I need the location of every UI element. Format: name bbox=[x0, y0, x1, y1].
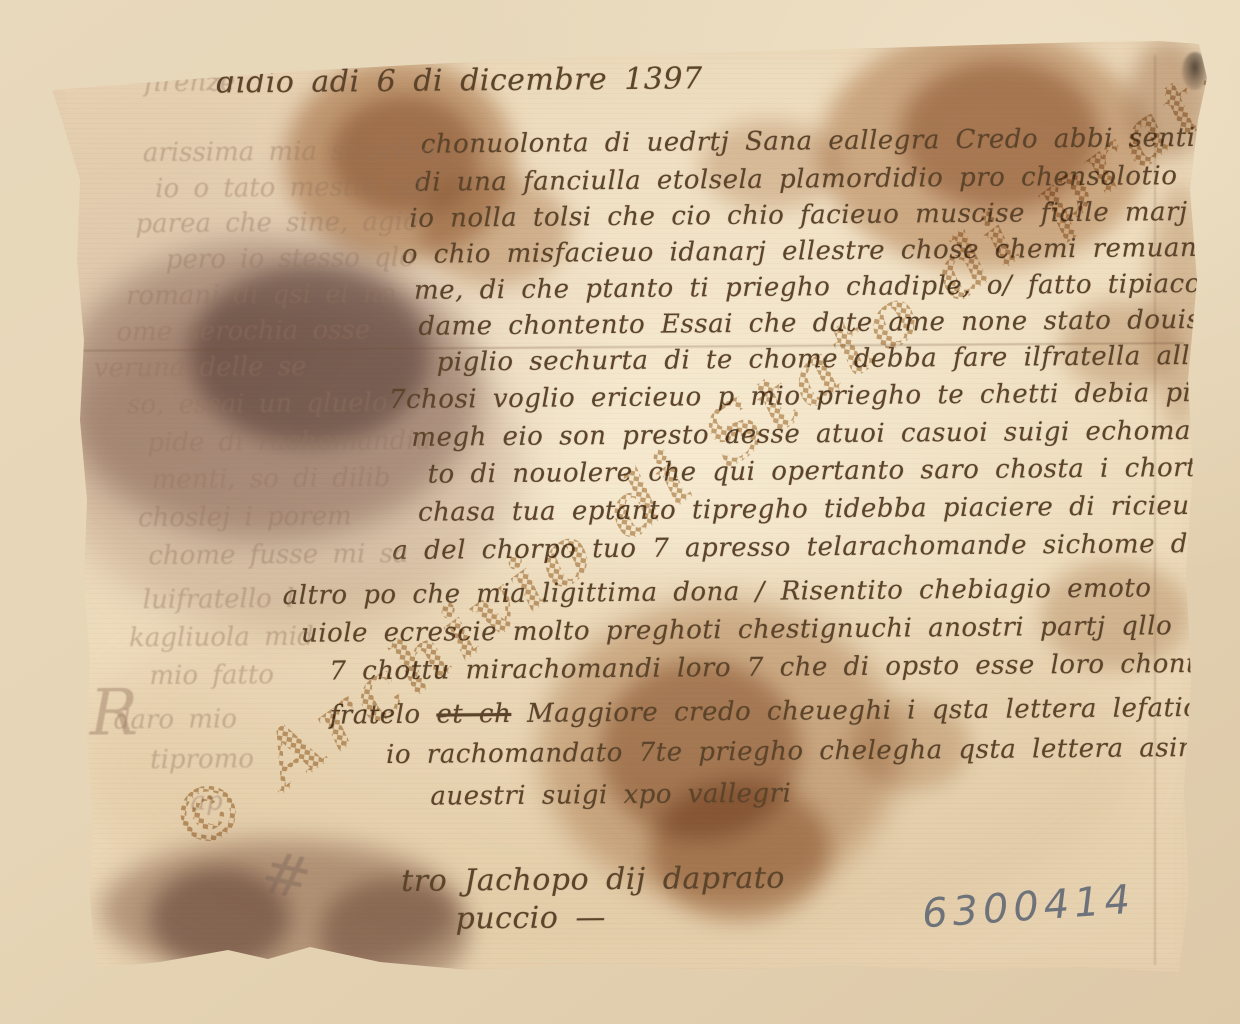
bleedthrough-text: arissima mia sirochiaio o tato mestie ad… bbox=[0, 0, 1236, 5]
bleedthrough-line: ome serochia osse bbox=[116, 315, 370, 347]
bleedthrough-line: veruna delle se bbox=[94, 352, 307, 384]
manuscript-line: o chio misfacieuo idanarj ellestre chose… bbox=[402, 232, 1240, 270]
manuscript-line: auestri suigi xpo vallegri bbox=[430, 779, 791, 812]
signature-line: tro Jachopo dij daprato bbox=[401, 861, 785, 899]
manuscript-line: me, di che ptanto ti priegho chadiple, o… bbox=[414, 269, 1225, 306]
bleedthrough-line: pide di rachomandiu bbox=[147, 426, 431, 458]
bleedthrough-line: romanj di qsi el no bbox=[126, 279, 396, 311]
bleedthrough-line: pero io stesso qlo bbox=[166, 243, 415, 275]
bleedthrough-line: kagliuola mid bbox=[129, 622, 314, 654]
struck-word: et ch bbox=[436, 699, 511, 730]
bleedthrough-line: choslej i porem bbox=[138, 501, 352, 533]
manuscript-line: megh eio son presto aesse atuoi casuoi s… bbox=[411, 416, 1240, 453]
bleedthrough-line: parea che sine, agio bbox=[135, 207, 418, 239]
manuscript-line: io rachomandato 7te priegho chelegha qst… bbox=[386, 732, 1240, 770]
signature-block: tro Jachopo dij dapratopuccio — bbox=[0, 0, 1236, 5]
bleedthrough-line: so, essai un qluelo bbox=[127, 388, 388, 420]
letter-body: chonuolonta di uedrtj Sana eallegra Cred… bbox=[0, 0, 1236, 5]
manuscript-line: fratelo et ch Maggiore credo cheueghi i … bbox=[330, 692, 1240, 731]
bleedthrough-line: io o tato mestie ad bbox=[155, 172, 424, 204]
bleedthrough-line: chome fusse mi sa bbox=[148, 539, 408, 571]
bleedthrough-line: mio fatto bbox=[149, 660, 274, 691]
signature-line: puccio — bbox=[455, 900, 606, 936]
date-line: didio adi 6 di dicembre 1397 bbox=[216, 61, 703, 100]
bleedthrough-line: luifratello l bbox=[143, 584, 295, 615]
manuscript-paper: firenze didio adi 6 di dicembre 1397 cho… bbox=[0, 0, 1240, 1024]
bleedthrough-line: R bbox=[89, 676, 138, 750]
manuscript-line: to di nouolere che qui opertanto saro ch… bbox=[428, 452, 1240, 490]
bleedthrough-line: menti, so di dilib bbox=[152, 463, 391, 495]
bleedthrough-line: arissima mia sirochia bbox=[143, 136, 437, 169]
manuscript-line: altro po che mia ligittima dona / Risent… bbox=[283, 573, 1152, 611]
